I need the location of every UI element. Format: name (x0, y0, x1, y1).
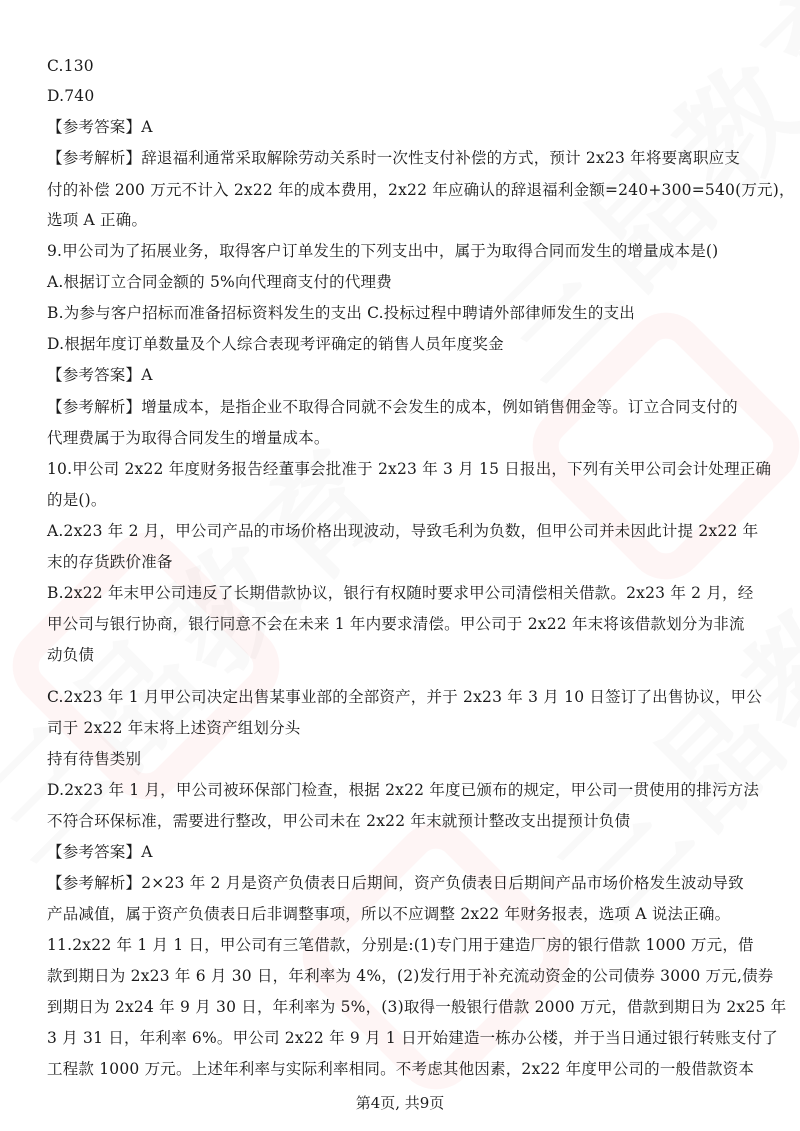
text-line: 10.甲公司 2x22 年度财务报告经董事会批准于 2x23 年 3 月 15 … (47, 459, 771, 479)
watermark-logo-icon (516, 296, 800, 596)
text-line: D.2x23 年 1 月，甲公司被环保部门检查，根据 2x22 年度已颁布的规定… (47, 780, 759, 800)
text-line: 代理费属于为取得合同发生的增量成本。 (47, 428, 330, 448)
text-line: 3 月 31 日，年利率 6%。甲公司 2x22 年 9 月 1 日开始建造一栋… (47, 1028, 778, 1048)
text-line: 甲公司与银行协商，银行同意不会在未来 1 年内要求清偿。甲公司于 2x22 年末… (47, 614, 745, 634)
text-line: 款到期日为 2x23 年 6 月 30 日，年利率为 4%，(2)发行用于补充流… (47, 966, 773, 986)
text-line: 到期日为 2x24 年 9 月 30 日，年利率为 5%，(3)取得一般银行借款… (47, 997, 786, 1017)
text-line: 选项 A 正确。 (47, 210, 147, 230)
text-line: C.130 (47, 56, 94, 76)
text-line: 工程款 1000 万元。上述年利率与实际利率相同。不考虑其他因素，2x22 年度… (47, 1059, 754, 1079)
text-line: 【参考解析】2×23 年 2 月是资产负债表日后期间，资产负债表日后期间产品市场… (47, 873, 744, 893)
text-line: D.根据年度订单数量及个人综合表现考评确定的销售人员年度奖金 (47, 334, 504, 354)
text-line: 末的存货跌价准备 (47, 552, 173, 572)
text-line: 9.甲公司为了拓展业务，取得客户订单发生的下列支出中，属于为取得合同而发生的增量… (47, 241, 718, 261)
text-line: D.740 (47, 86, 94, 106)
text-line: 【参考答案】A (47, 365, 153, 385)
text-line: 【参考解析】增量成本，是指企业不取得合同就不会发生的成本，例如销售佣金等。订立合… (47, 397, 738, 417)
page-indicator: 第4页, 共9页 (0, 1092, 800, 1113)
text-line: 司于 2x22 年末将上述资产组划分头 (47, 718, 300, 738)
text-line: 付的补偿 200 万元不计入 2x22 年的成本费用，2x22 年应确认的辞退福… (47, 180, 795, 200)
text-line: 【参考解析】辞退福利通常采取解除劳动关系时一次性支付补偿的方式，预计 2x23 … (47, 148, 740, 168)
text-line: 【参考答案】A (47, 842, 153, 862)
text-line: A.2x23 年 2 月，甲公司产品的市场价格出现波动，导致毛利为负数，但甲公司… (47, 521, 758, 541)
text-line: 的是()。 (47, 490, 107, 510)
text-line: 持有待售类别 (47, 749, 141, 769)
text-line: A.根据订立合同金额的 5%向代理商支付的代理费 (47, 272, 392, 292)
text-line: B.为参与客户招标而准备招标资料发生的支出 C.投标过程中聘请外部律师发生的支出 (47, 303, 635, 323)
text-line: 不符合环保标准，需要进行整改，甲公司未在 2x22 年末就预计整改支出提预计负债 (47, 811, 630, 831)
text-line: 动负债 (47, 645, 94, 665)
text-line: 11.2x22 年 1 月 1 日，甲公司有三笔借款，分别是:(1)专门用于建造… (47, 935, 754, 955)
text-line: C.2x23 年 1 月甲公司决定出售某事业部的全部资产，并于 2x23 年 3… (47, 687, 762, 707)
text-line: 【参考答案】A (47, 117, 153, 137)
text-line: 产品减值，属于资产负债表日后非调整事项，所以不应调整 2x22 年财务报表，选项… (47, 904, 730, 924)
text-line: B.2x22 年末甲公司违反了长期借款协议，银行有权随时要求甲公司清偿相关借款。… (47, 583, 753, 603)
